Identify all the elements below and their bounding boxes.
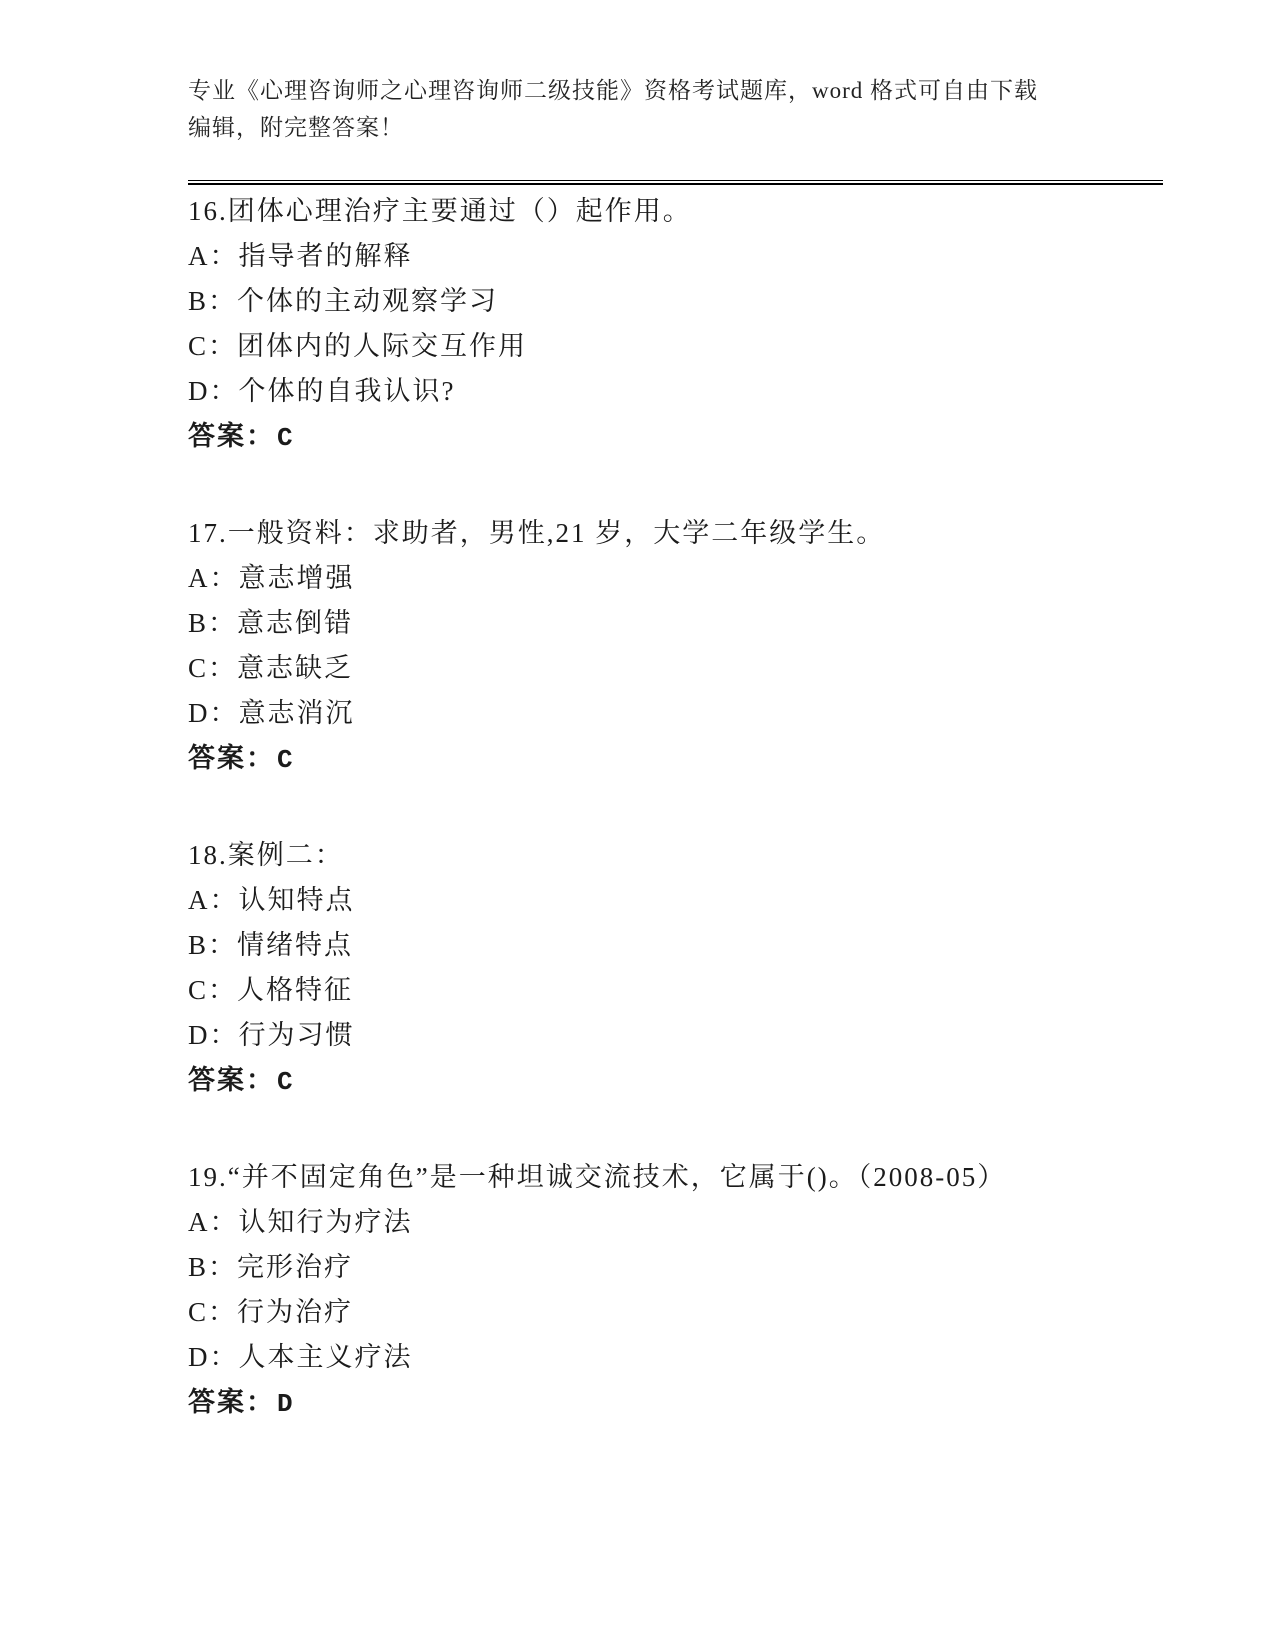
option-line-d: D：意志消沉 xyxy=(188,691,1163,736)
header-line-1: 专业《心理咨询师之心理咨询师二级技能》资格考试题库，word 格式可自由下载 xyxy=(188,72,1163,109)
option-line-b: B：完形治疗 xyxy=(188,1245,1163,1290)
option-line-a: A：认知行为疗法 xyxy=(188,1200,1163,1245)
option-line-b: B：意志倒错 xyxy=(188,601,1163,646)
document-page: 专业《心理咨询师之心理咨询师二级技能》资格考试题库，word 格式可自由下载 编… xyxy=(0,0,1275,1650)
answer-line: 答案：C xyxy=(188,736,1163,781)
question-block-18: 18.案例二： A：认知特点 B：情绪特点 C：人格特征 D：行为习惯 答案：C xyxy=(188,833,1163,1103)
answer-value: C xyxy=(275,1067,295,1097)
header-line-2: 编辑，附完整答案！ xyxy=(188,109,1163,146)
question-title: 18.案例二： xyxy=(188,833,1163,878)
option-line-c: C：人格特征 xyxy=(188,968,1163,1013)
answer-label: 答案： xyxy=(188,1065,275,1095)
answer-line: 答案：C xyxy=(188,1058,1163,1103)
option-line-d: D：个体的自我认识? xyxy=(188,369,1163,414)
header-note: 专业《心理咨询师之心理咨询师二级技能》资格考试题库，word 格式可自由下载 编… xyxy=(188,72,1163,146)
option-line-a: A：意志增强 xyxy=(188,556,1163,601)
question-block-19: 19.“并不固定角色”是一种坦诚交流技术，它属于()。（2008-05） A：认… xyxy=(188,1155,1163,1425)
question-title: 17.一般资料：求助者，男性,21 岁，大学二年级学生。 xyxy=(188,511,1163,556)
question-block-16: 16.团体心理治疗主要通过（）起作用。 A：指导者的解释 B：个体的主动观察学习… xyxy=(188,189,1163,459)
option-line-a: A：认知特点 xyxy=(188,878,1163,923)
option-line-b: B：情绪特点 xyxy=(188,923,1163,968)
answer-label: 答案： xyxy=(188,1387,275,1417)
question-title: 16.团体心理治疗主要通过（）起作用。 xyxy=(188,189,1163,234)
question-block-17: 17.一般资料：求助者，男性,21 岁，大学二年级学生。 A：意志增强 B：意志… xyxy=(188,511,1163,781)
option-line-c: C：团体内的人际交互作用 xyxy=(188,324,1163,369)
answer-line: 答案：D xyxy=(188,1380,1163,1425)
option-line-c: C：意志缺乏 xyxy=(188,646,1163,691)
option-line-b: B：个体的主动观察学习 xyxy=(188,279,1163,324)
answer-label: 答案： xyxy=(188,421,275,451)
question-list: 16.团体心理治疗主要通过（）起作用。 A：指导者的解释 B：个体的主动观察学习… xyxy=(188,189,1163,1425)
header-divider xyxy=(188,180,1163,185)
answer-value: C xyxy=(275,745,295,775)
answer-label: 答案： xyxy=(188,743,275,773)
answer-value: D xyxy=(275,1389,295,1419)
answer-line: 答案：C xyxy=(188,414,1163,459)
answer-value: C xyxy=(275,423,295,453)
option-line-c: C：行为治疗 xyxy=(188,1290,1163,1335)
option-line-a: A：指导者的解释 xyxy=(188,234,1163,279)
page-content: 专业《心理咨询师之心理咨询师二级技能》资格考试题库，word 格式可自由下载 编… xyxy=(188,72,1163,1477)
option-line-d: D：行为习惯 xyxy=(188,1013,1163,1058)
question-title: 19.“并不固定角色”是一种坦诚交流技术，它属于()。（2008-05） xyxy=(188,1155,1163,1200)
option-line-d: D：人本主义疗法 xyxy=(188,1335,1163,1380)
